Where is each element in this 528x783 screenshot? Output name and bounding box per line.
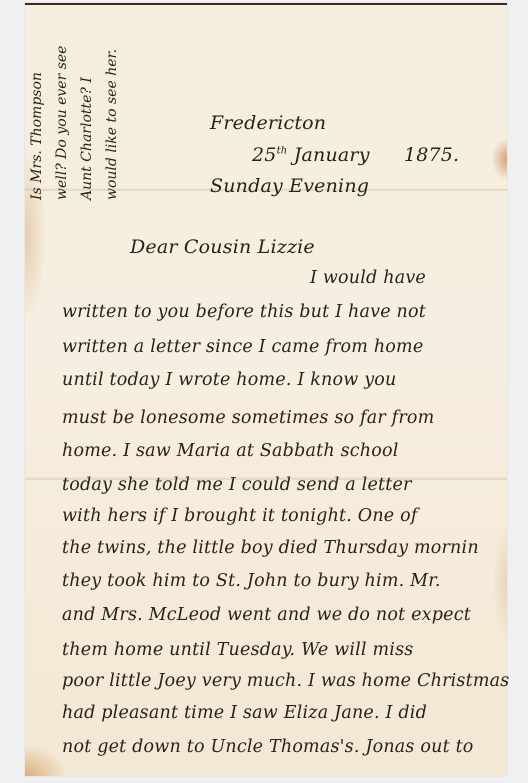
body-line: with hers if I brought it tonight. One o… bbox=[62, 506, 418, 526]
margin-note-line: well? Do you ever see bbox=[50, 10, 75, 200]
margin-note-line: Aunt Charlotte? I bbox=[75, 10, 100, 200]
letter-salutation: Dear Cousin Lizzie bbox=[130, 236, 315, 258]
body-line: not get down to Uncle Thomas's. Jonas ou… bbox=[62, 737, 474, 757]
body-line: today she told me I could send a letter bbox=[62, 475, 412, 495]
body-line: written a letter since I came from home bbox=[62, 337, 423, 357]
date-year: 1875. bbox=[404, 144, 459, 166]
body-line: had pleasant time I saw Eliza Jane. I di… bbox=[62, 703, 427, 723]
body-line: I would have bbox=[310, 268, 426, 288]
body-line: them home until Tuesday. We will miss bbox=[62, 640, 413, 660]
date-month: January bbox=[294, 144, 370, 166]
body-line: poor little Joey very much. I was home C… bbox=[62, 671, 509, 691]
letter-day-time: Sunday Evening bbox=[210, 175, 369, 197]
letter-date: 25th January 1875. bbox=[252, 144, 459, 166]
body-line: written to you before this but I have no… bbox=[62, 302, 426, 322]
margin-note-line: Is Mrs. Thompson bbox=[25, 10, 50, 200]
date-day: 25 bbox=[252, 144, 277, 166]
body-line: must be lonesome sometimes so far from bbox=[62, 408, 434, 428]
body-line: the twins, the little boy died Thursday … bbox=[62, 538, 479, 558]
body-line: until today I wrote home. I know you bbox=[62, 370, 397, 390]
body-line: they took him to St. John to bury him. M… bbox=[62, 571, 441, 591]
date-day-suffix: th bbox=[277, 146, 288, 157]
letter-place: Fredericton bbox=[210, 112, 326, 134]
body-line: home. I saw Maria at Sabbath school bbox=[62, 441, 399, 461]
margin-note: Is Mrs. Thompson well? Do you ever see A… bbox=[25, 10, 125, 200]
body-line: and Mrs. McLeod went and we do not expec… bbox=[62, 605, 471, 625]
margin-note-line: would like to see her. bbox=[100, 10, 125, 200]
